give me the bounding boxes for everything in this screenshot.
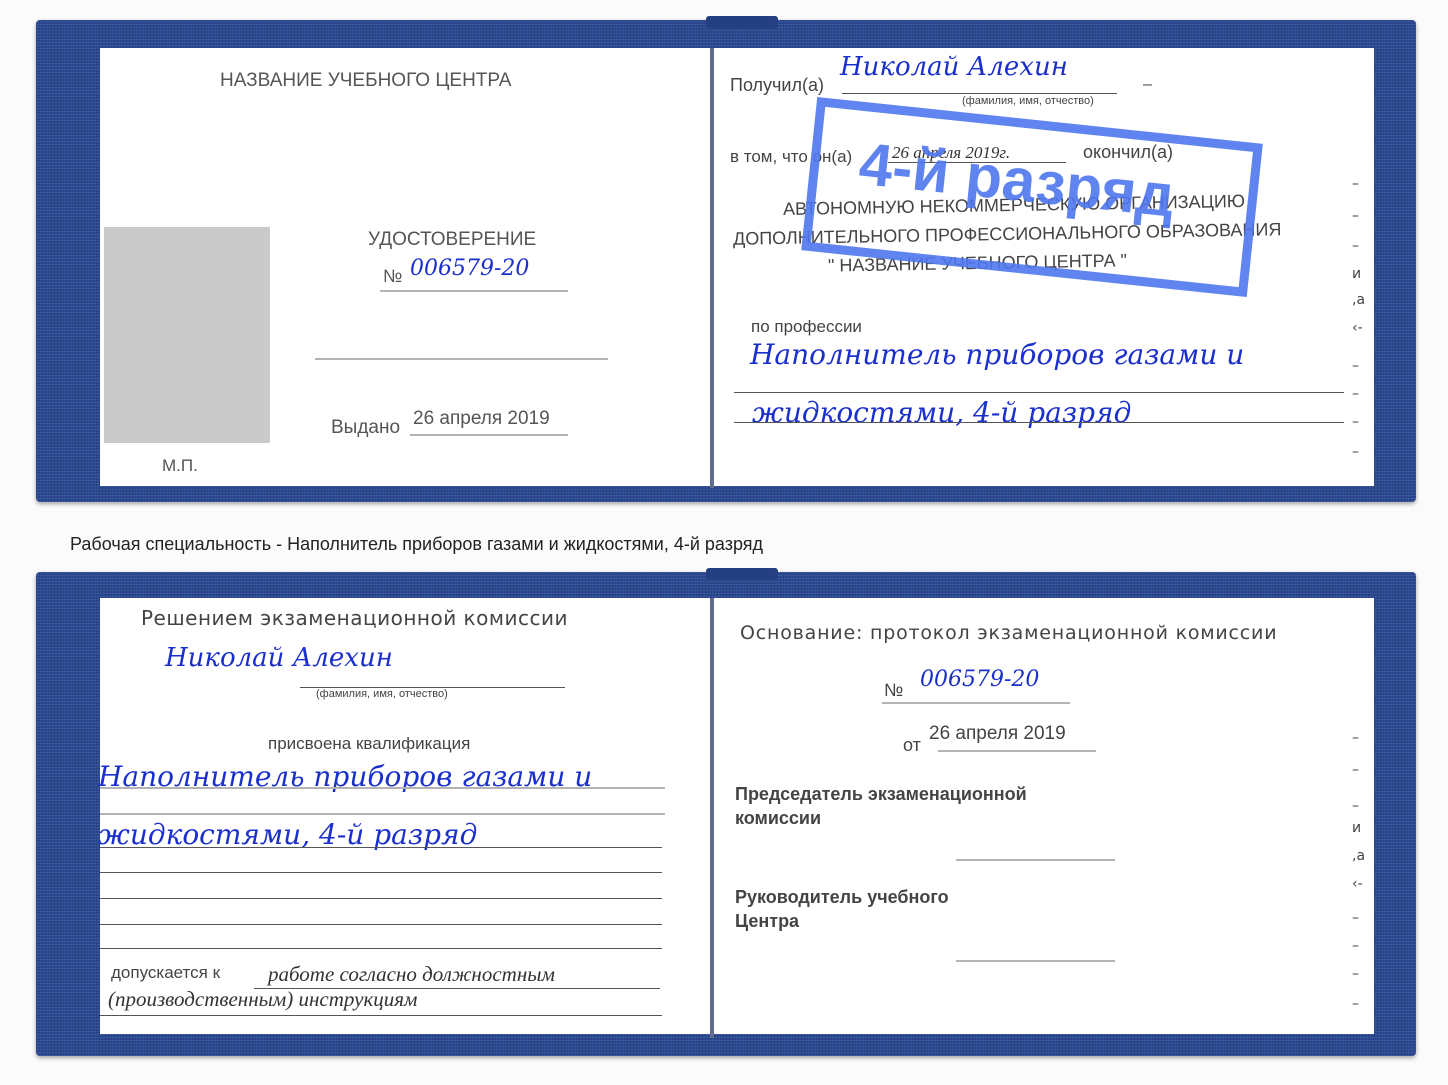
- issued-label: Выдано: [331, 417, 400, 439]
- protocol-number: 006579-20: [920, 667, 1039, 692]
- blank-line: [100, 924, 662, 925]
- edge-mark: –: [1352, 730, 1359, 746]
- edge-mark: –: [1352, 966, 1359, 982]
- edge-mark: –: [1352, 938, 1359, 954]
- admitted-line-1: работе согласно должностным: [268, 962, 555, 987]
- issued-underline: [410, 434, 568, 436]
- admitted-underline-2: [100, 1015, 662, 1016]
- edge-mark: –: [1352, 910, 1359, 926]
- edge-mark: –: [1352, 444, 1359, 460]
- from-label: от: [903, 735, 921, 756]
- head-line-1: Руководитель учебного: [735, 887, 949, 908]
- doc-title: УДОСТОВЕРЕНИЕ: [368, 229, 536, 251]
- profession-line-2: жидкостями, 4-й разряд: [752, 396, 1131, 429]
- admitted-label: допускается к: [111, 963, 220, 983]
- edge-mark: ‹-: [1352, 876, 1363, 892]
- caption: Рабочая специальность - Наполнитель приб…: [70, 534, 763, 555]
- chairman-line-2: комиссии: [735, 808, 821, 829]
- issued-date: 26 апреля 2019: [413, 408, 550, 430]
- edge-mark: ‹-: [1352, 320, 1363, 336]
- blank-line: [315, 358, 608, 360]
- number-label: №: [383, 266, 402, 287]
- cover-spine: [706, 568, 778, 580]
- admitted-line-2: (производственным) инструкциям: [108, 987, 417, 1012]
- head-signature-line[interactable]: [956, 960, 1115, 962]
- from-date: 26 апреля 2019: [929, 723, 1066, 745]
- org-name: НАЗВАНИЕ УЧЕБНОГО ЦЕНТРА: [220, 70, 512, 92]
- number-label: №: [884, 680, 903, 701]
- edge-mark: ,а: [1352, 292, 1365, 308]
- blank-line: [100, 872, 662, 873]
- blank-line: [100, 948, 662, 949]
- profession-underline-2: [734, 422, 1344, 423]
- edge-mark: ,а: [1352, 848, 1365, 864]
- cover-spine: [706, 16, 778, 28]
- basis-heading: Основание: протокол экзаменационной коми…: [740, 622, 1277, 644]
- edge-mark: –: [1352, 798, 1359, 814]
- edge-mark: –: [1352, 238, 1359, 254]
- received-name: Николай Алехин: [840, 52, 1068, 82]
- profession-line-1: Наполнитель приборов газами и: [750, 338, 1244, 371]
- profession-label: по профессии: [751, 317, 862, 337]
- person-name: Николай Алехин: [165, 643, 393, 673]
- head-line-2: Центра: [735, 911, 799, 932]
- dash: –: [1143, 76, 1152, 94]
- blank-line: [100, 847, 662, 848]
- qualification-underline-2: [100, 813, 665, 815]
- photo-placeholder: [104, 227, 270, 443]
- name-underline: [842, 93, 1117, 94]
- received-label: Получил(а): [730, 75, 824, 96]
- fio-hint: (фамилия, имя, отчество): [316, 688, 448, 700]
- edge-mark: и: [1352, 820, 1361, 836]
- chairman-line-1: Председатель экзаменационной: [735, 784, 1027, 805]
- edge-mark: –: [1352, 386, 1359, 402]
- edge-mark: –: [1352, 762, 1359, 778]
- edge-mark: –: [1352, 176, 1359, 192]
- qualification-label: присвоена квалификация: [268, 734, 470, 754]
- chairman-signature-line[interactable]: [956, 859, 1115, 861]
- stamp-text: 4-й разряд: [856, 129, 1178, 231]
- edge-mark: и: [1352, 266, 1361, 282]
- blank-line: [100, 898, 662, 899]
- edge-mark: –: [1352, 358, 1359, 374]
- edge-mark: –: [1352, 208, 1359, 224]
- number-underline: [380, 290, 568, 292]
- fio-hint: (фамилия, имя, отчество): [962, 95, 1094, 107]
- decision-heading: Решением экзаменационной комиссии: [141, 606, 568, 630]
- number-underline: [882, 702, 1070, 704]
- edge-mark: –: [1352, 414, 1359, 430]
- profession-underline-1: [734, 392, 1344, 393]
- certificate-number: 006579-20: [410, 256, 529, 281]
- qualification-underline-1: [100, 787, 665, 789]
- stamp-place-label: М.П.: [162, 456, 198, 476]
- edge-mark: –: [1352, 996, 1359, 1012]
- date-underline: [938, 750, 1096, 752]
